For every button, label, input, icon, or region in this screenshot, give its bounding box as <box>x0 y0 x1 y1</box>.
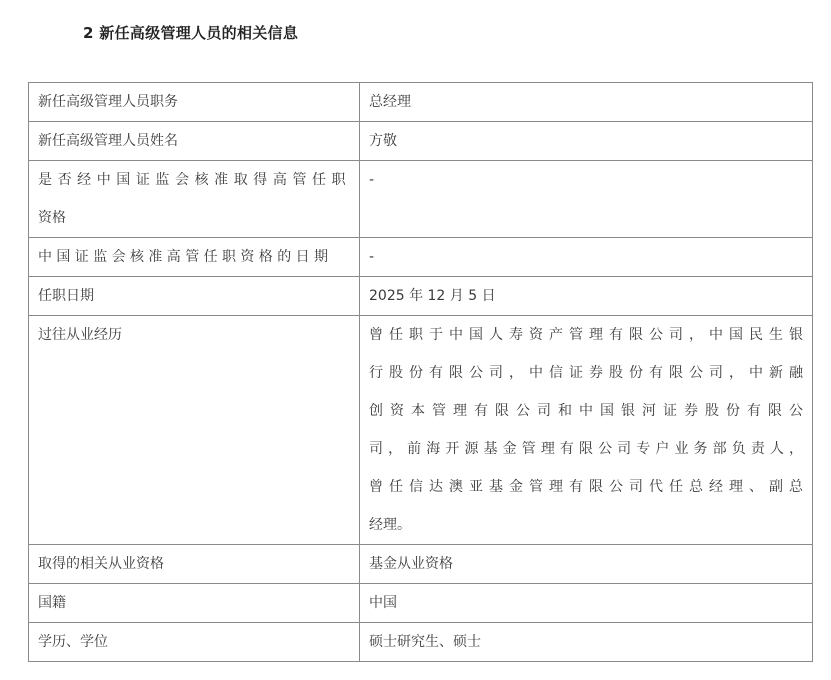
row-label-education: 学历、学位 <box>29 623 360 662</box>
row-label-approval-date: 中国证监会核准高管任职资格的日期 <box>29 238 360 277</box>
table-row: 新任高级管理人员职务 总经理 <box>29 83 813 122</box>
experience-line: 曾任信达澳亚基金管理有限公司代任总经理、副总 <box>369 468 803 506</box>
row-label-csrc-approval: 是否经中国证监会核准取得高管任职 资格 <box>29 161 360 238</box>
executive-info-table: 新任高级管理人员职务 总经理 新任高级管理人员姓名 方敬 是否经中国证监会核准取… <box>28 82 813 662</box>
table-row: 是否经中国证监会核准取得高管任职 资格 - <box>29 161 813 238</box>
label-line: 是否经中国证监会核准取得高管任职 <box>38 161 350 199</box>
experience-line: 创资本管理有限公司和中国银河证券股份有限公 <box>369 392 803 430</box>
experience-line: 司，前海开源基金管理有限公司专户业务部负责人， <box>369 430 803 468</box>
row-value-nationality: 中国 <box>360 584 813 623</box>
row-value-approval-date: - <box>360 238 813 277</box>
row-value-csrc-approval: - <box>360 161 813 238</box>
row-label-nationality: 国籍 <box>29 584 360 623</box>
table-row: 国籍 中国 <box>29 584 813 623</box>
table-row: 过往从业经历 曾任职于中国人寿资产管理有限公司，中国民生银 行股份有限公司，中信… <box>29 316 813 545</box>
row-value-position: 总经理 <box>360 83 813 122</box>
row-label-position: 新任高级管理人员职务 <box>29 83 360 122</box>
row-label-name: 新任高级管理人员姓名 <box>29 122 360 161</box>
section-heading: 2 新任高级管理人员的相关信息 <box>83 22 298 43</box>
row-value-experience: 曾任职于中国人寿资产管理有限公司，中国民生银 行股份有限公司，中信证券股份有限公… <box>360 316 813 545</box>
table-row: 任职日期 2025 年 12 月 5 日 <box>29 277 813 316</box>
table-row: 学历、学位 硕士研究生、硕士 <box>29 623 813 662</box>
row-label-experience: 过往从业经历 <box>29 316 360 545</box>
row-value-name: 方敬 <box>360 122 813 161</box>
experience-line: 行股份有限公司，中信证券股份有限公司，中新融 <box>369 354 803 392</box>
row-label-start-date: 任职日期 <box>29 277 360 316</box>
table-row: 中国证监会核准高管任职资格的日期 - <box>29 238 813 277</box>
label-line: 资格 <box>38 199 350 237</box>
row-value-education: 硕士研究生、硕士 <box>360 623 813 662</box>
row-value-start-date: 2025 年 12 月 5 日 <box>360 277 813 316</box>
experience-line: 曾任职于中国人寿资产管理有限公司，中国民生银 <box>369 316 803 354</box>
table-row: 取得的相关从业资格 基金从业资格 <box>29 545 813 584</box>
row-value-qualification: 基金从业资格 <box>360 545 813 584</box>
row-label-qualification: 取得的相关从业资格 <box>29 545 360 584</box>
experience-line: 经理。 <box>369 506 803 544</box>
table-row: 新任高级管理人员姓名 方敬 <box>29 122 813 161</box>
